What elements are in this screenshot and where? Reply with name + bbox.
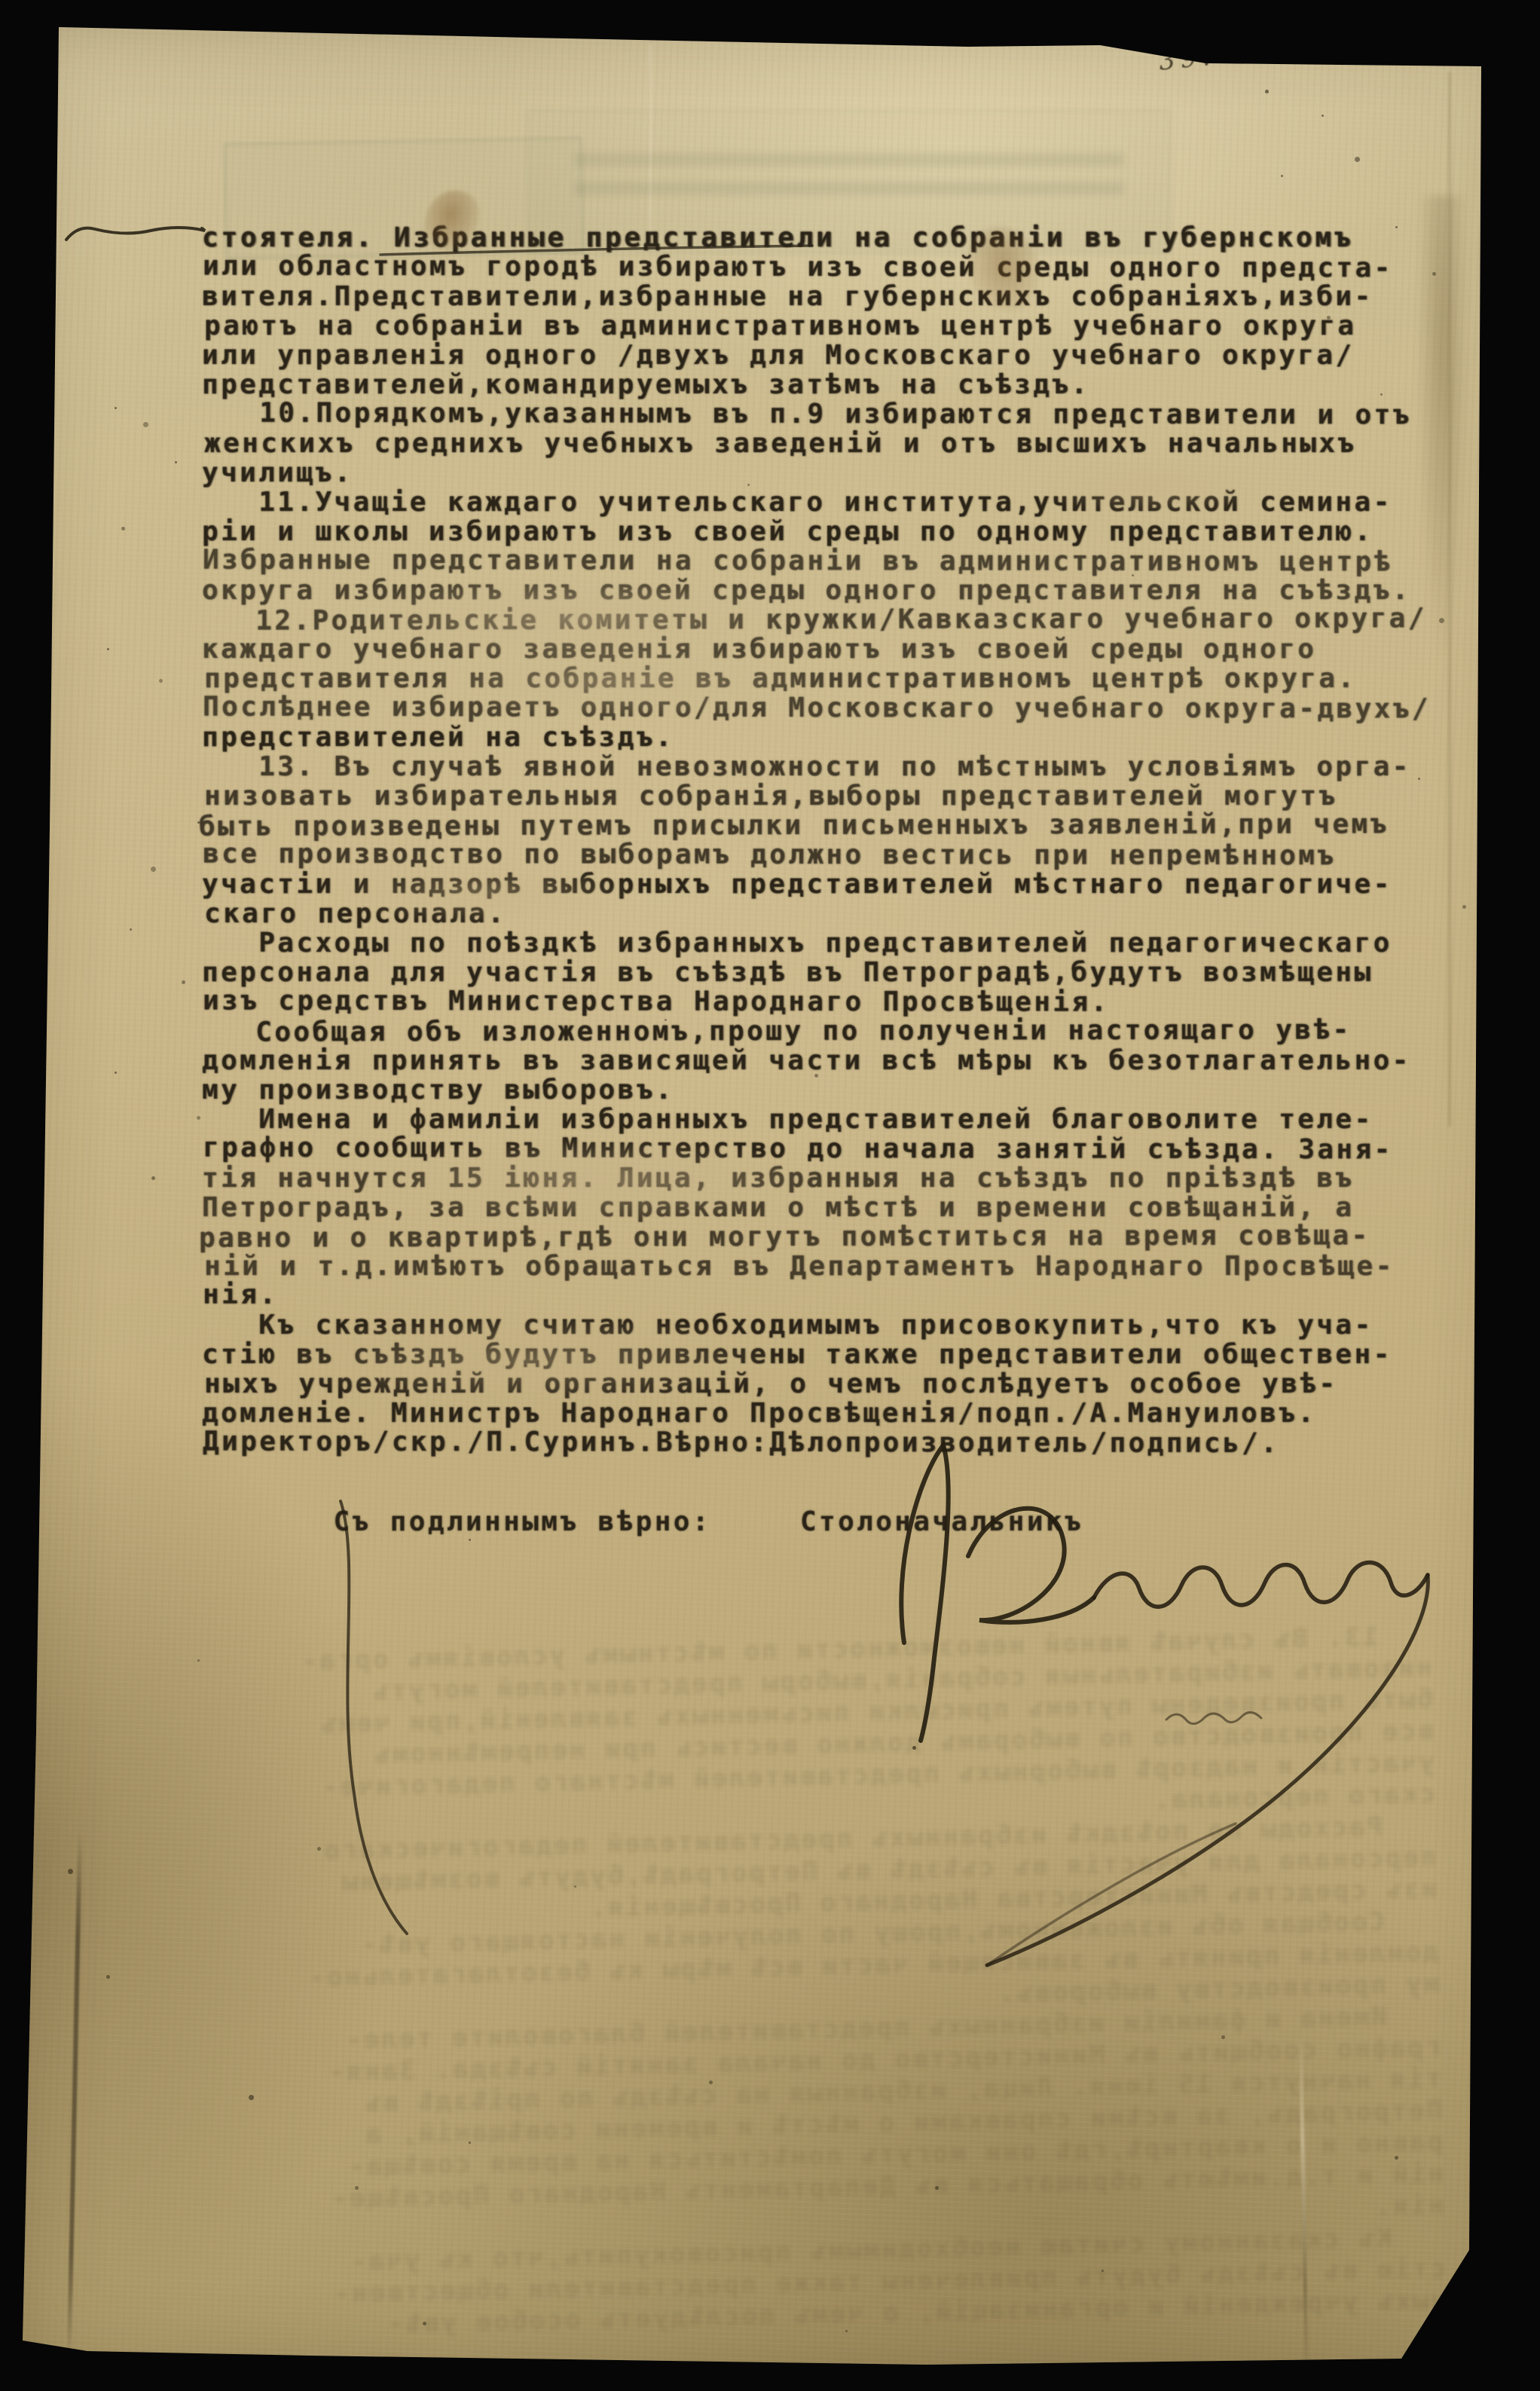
- typewritten-line: Петроградъ, за всѣми справками о мѣстѣ и…: [202, 1193, 1392, 1222]
- typewritten-line: стію въ съѣздъ будутъ привлечены также п…: [202, 1340, 1392, 1369]
- typewritten-line: скаго персонала.: [204, 899, 1395, 928]
- typewritten-line: быть произведены путемъ присылки письмен…: [199, 809, 1389, 841]
- typewritten-line: женскихъ среднихъ учебныхъ заведеній и о…: [204, 429, 1395, 458]
- ink-speckles: [0, 0, 2, 2]
- typewritten-line: каждаго учебнаго заведенія избираютъ изъ…: [202, 634, 1392, 664]
- typewritten-line: вителя.Представители,избранные на губерн…: [202, 282, 1392, 311]
- typewritten-line: ній и т.д.имѣютъ обращаться въ Департаме…: [204, 1252, 1395, 1281]
- typewritten-line: участіи и надзорѣ выборныхъ представител…: [202, 870, 1392, 899]
- typewritten-line: все производство по выборамъ должно вест…: [203, 839, 1393, 871]
- typewritten-line: графно сообщить въ Министерство до начал…: [203, 1133, 1393, 1165]
- typewritten-line: Директоръ/скр./П.Суринъ.Вѣрно:Дѣлопроизв…: [203, 1427, 1393, 1459]
- typewritten-line: Послѣднее избираетъ одного/для Московска…: [203, 693, 1393, 724]
- typewritten-line: ныхъ учрежденій и организацій, о чемъ по…: [204, 1369, 1395, 1399]
- typewritten-line: представителей,командируемыхъ затѣмъ на …: [202, 370, 1392, 399]
- typewritten-line: 10.Порядкомъ,указаннымъ въ п.9 избираютс…: [203, 399, 1393, 430]
- certification-text: Съ подлиннымъ вѣрно:: [333, 1506, 710, 1537]
- typewritten-line: ріи и школы избираютъ изъ своей среды по…: [202, 517, 1392, 546]
- typewritten-line: округа избираютъ изъ своей среды одного …: [202, 576, 1392, 605]
- edge-stain: [1416, 196, 1469, 663]
- typewritten-line: или областномъ городѣ избираютъ изъ свое…: [203, 252, 1393, 283]
- handwritten-page-number: 39.: [1157, 41, 1217, 77]
- typewritten-line: Къ сказанному считаю необходимымъ присов…: [202, 1310, 1392, 1340]
- typewritten-line: или управленія одного /двухъ для Московс…: [202, 341, 1392, 370]
- typewritten-line: представителей на съѣздъ.: [202, 723, 1392, 752]
- typewritten-line: 12.Родительскіе комитеты и кружки/Кавказ…: [199, 604, 1389, 635]
- typewritten-line: Избранные представители на собраніи въ а…: [203, 546, 1393, 577]
- typewritten-line: тія начнутся 15 іюня. Лица, избранныя на…: [202, 1163, 1392, 1193]
- typewritten-line: Имена и фамиліи избранныхъ представителе…: [202, 1105, 1392, 1134]
- typewritten-line: раютъ на собраніи въ административномъ ц…: [204, 311, 1395, 341]
- fold-crease: [1448, 72, 1451, 1127]
- typewritten-line: училищъ.: [202, 458, 1392, 488]
- typewritten-line: персонала для участія въ съѣздѣ въ Петро…: [202, 958, 1392, 987]
- typewritten-line: низовать избирательныя собранія,выборы п…: [204, 781, 1395, 811]
- typewritten-body: стоятеля. Избранные представители на соб…: [202, 223, 1392, 1457]
- margin-leader-line: [66, 228, 205, 240]
- typewritten-line: му производству выборовъ.: [202, 1075, 1392, 1105]
- photograph-background: 13. Въ случаѣ явной невозможности по мѣс…: [0, 0, 1540, 2391]
- typewritten-line: Сообщая объ изложенномъ,прошу по получен…: [199, 1015, 1389, 1047]
- document-page: 13. Въ случаѣ явной невозможности по мѣс…: [0, 0, 1540, 2391]
- typewritten-line: нія.: [203, 1280, 1393, 1312]
- typewritten-line: домленія принять въ зависящей части всѣ …: [202, 1046, 1392, 1075]
- typewritten-line: равно и о квартирѣ,гдѣ они могутъ помѣст…: [199, 1221, 1389, 1252]
- reverse-side-bleed-through: 13. Въ случаѣ явной невозможности по мѣс…: [75, 1620, 1447, 2347]
- typewritten-line: стоятеля. Избранные представители на соб…: [202, 223, 1392, 252]
- typewritten-line: Расходы по поѣздкѣ избранныхъ представит…: [202, 928, 1392, 958]
- fold-crease: [67, 1831, 83, 2359]
- typewritten-line: представителя на собраніе въ администрат…: [204, 664, 1395, 693]
- certification-line: Съ подлиннымъ вѣрно:Столоначальникъ: [220, 1475, 1083, 1568]
- typewritten-line: 13. Въ случаѣ явной невозможности по мѣс…: [202, 752, 1392, 781]
- typewritten-line: домленіе. Министръ Народнаго Просвѣщенія…: [202, 1399, 1392, 1428]
- typewritten-line: 11.Учащіе каждаго учительскаго института…: [202, 488, 1392, 517]
- fold-crease: [649, 44, 652, 232]
- clerk-title: Столоначальникъ: [800, 1506, 1083, 1537]
- typewritten-line: изъ средствъ Министерства Народнаго Прос…: [203, 986, 1393, 1018]
